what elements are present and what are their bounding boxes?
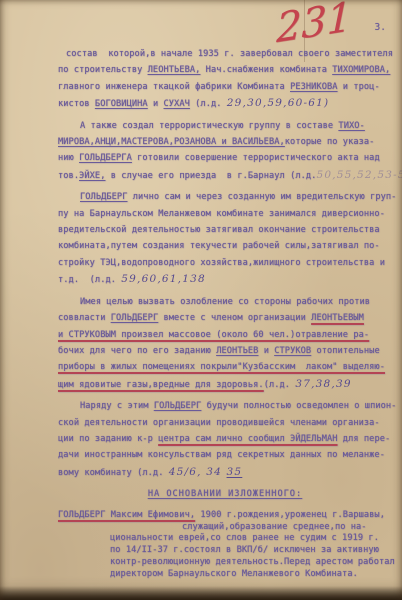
text-line: Наряду с этим ГОЛЬДБЕРГ будучи полностью… xyxy=(58,398,392,414)
text-line: по строительству ЛЕОНТЬЕВА, Нач.снабжени… xyxy=(58,62,392,78)
text-segment: и троц- xyxy=(338,82,380,92)
text-segment-u: ЭЙХЕ, xyxy=(79,171,105,181)
text-line: тов.ЭЙХЕ, в случае его приезда в г.Барна… xyxy=(58,167,392,184)
text-segment: Нач.снабжения комбината xyxy=(200,65,332,75)
text-segment-hw: 59,60,61,138 xyxy=(121,273,206,285)
text-segment: пу на Барнаульском Меланжевом комбинате … xyxy=(58,209,385,219)
text-line: щим ядовитые газы,вредные для здоровья.(… xyxy=(58,376,392,393)
text-segment: тов. xyxy=(58,171,79,181)
text-segment-r: и СТРУКОВЫМ произвел массовое (около 60 … xyxy=(58,330,369,340)
text-segment: будучи полностью осведомлен о шпион- xyxy=(201,401,396,411)
text-segment-hwu: 35 xyxy=(227,466,243,478)
text-segment-u: МИРОВА,АНЦИ,МАСТЕРОВА,РОЗАНОВА и ВАСИЛЬЕ… xyxy=(58,137,285,147)
text-segment: (л.д. xyxy=(190,99,227,109)
paragraph-poisoning: Имея целью вызвать озлобление со стороны… xyxy=(58,294,392,393)
text-line: приборы в жилых помещениях покрыли"Кузба… xyxy=(58,359,392,375)
text-segment-r: ЛЕОНТЬЕВЫМ xyxy=(311,313,364,323)
text-line: служащий,образование среднее,по на- xyxy=(182,522,392,534)
text-segment-u: ГОЛЬДБЕРГ xyxy=(154,401,201,411)
text-line: А также создал террористическую группу в… xyxy=(58,118,392,134)
text-line: главного инженера ткацкой фабрики Комбин… xyxy=(58,79,392,95)
text-segment: А также создал террористическую группу в… xyxy=(80,121,338,131)
typed-page-number: 3. xyxy=(375,22,386,33)
text-line: и СТРУКОВЫМ произвел массовое (около 60 … xyxy=(58,327,392,343)
text-segment: 1900 г.рождения,уроженец г.Варшавы, xyxy=(195,510,385,520)
text-line: т.д. (л.д. 59,60,61,138 xyxy=(58,271,392,288)
text-segment: ции по заданию к-р xyxy=(58,434,158,444)
text-segment: в случае его приезда в г.Барнаул (л.д. xyxy=(105,171,316,181)
text-line: вредительской деятельностью затягивал ок… xyxy=(58,222,392,238)
handwritten-page-stamp: 231 xyxy=(276,0,352,52)
text-segment-hwf: 50,55,52,53-57 xyxy=(316,169,402,181)
text-segment-hw: 29,30,59,60-61) xyxy=(227,97,329,109)
document-page: 231 3. состав которой,в начале 1935 г. з… xyxy=(0,0,402,600)
text-segment: которые по указа- xyxy=(285,137,375,147)
text-segment-u: ТИХОМИРОВА, xyxy=(332,65,390,75)
paragraph-sabotage: ГОЛЬДБЕРГ лично сам и через созданную им… xyxy=(58,189,392,288)
text-segment: Наряду с этим xyxy=(80,401,154,411)
text-segment: и xyxy=(148,99,164,109)
text-line: ГОЛЬДБЕРГ Максим Ефимович, 1900 г.рожден… xyxy=(58,508,392,522)
text-segment: т.д. (л.д. xyxy=(58,275,121,285)
text-line: соввласти ГОЛЬДБЕРГ вместе с членом орга… xyxy=(58,310,392,326)
text-line: контр-революционную деятельность.Перед а… xyxy=(110,557,392,569)
text-line: кистов БОГОВИЦИНА и СУХАЧ (л.д. 29,30,59… xyxy=(58,95,392,112)
text-segment-hw: 45/6, 34 xyxy=(169,466,227,478)
text-segment: нию xyxy=(58,153,79,163)
text-line: стройку ТЭЦ,водопроводного хозяйства,жил… xyxy=(58,255,392,271)
text-line: ГОЛЬДБЕРГ лично сам и через созданную им… xyxy=(58,189,392,205)
text-line: циональности еврей,со слов ранее не суди… xyxy=(110,533,392,545)
text-segment-r: щим ядовитые газы,вредные для здоровья. xyxy=(58,380,264,390)
document-body: состав которой,в начале 1935 г. завербов… xyxy=(58,46,392,586)
text-segment-u: ГОЛЬДБЕРГА xyxy=(79,153,132,163)
text-segment-u: ТИХО- xyxy=(338,121,364,131)
text-segment: служащий,образование среднее,по на- xyxy=(182,522,367,532)
text-segment-u: ЛЕОНТЬЕВ xyxy=(216,346,258,356)
text-segment-u: БОГОВИЦИНА xyxy=(95,99,148,109)
text-segment: кистов xyxy=(58,99,95,109)
text-segment-r: ГОЛЬДБЕРГ Максим Ефимович, xyxy=(58,510,195,520)
text-segment: для пере- xyxy=(338,434,391,444)
text-segment-r: приборы в жилых помещениях покрыли"Кузба… xyxy=(58,362,385,372)
text-segment: вместе с членом организации xyxy=(158,313,311,323)
text-segment: комбината,путем создания текучести рабоч… xyxy=(58,241,380,251)
text-segment-u: СУХАЧ xyxy=(164,99,190,109)
text-line: нию ГОЛЬДБЕРГА готовили совершение терро… xyxy=(58,150,392,166)
section-heading: НА ОСНОВАНИИ ИЗЛОЖЕННОГО: xyxy=(58,486,392,502)
paragraph-bio: ГОЛЬДБЕРГ Максим Ефимович, 1900 г.рожден… xyxy=(58,508,392,581)
text-line: НА ОСНОВАНИИ ИЗЛОЖЕННОГО: xyxy=(58,486,392,502)
text-segment: главного инженера ткацкой фабрики Комбин… xyxy=(58,82,290,92)
text-segment: контр-революционную деятельность.Перед а… xyxy=(110,557,395,567)
text-line: комбината,путем создания текучести рабоч… xyxy=(58,238,392,254)
text-line: директором Барнаульского Меланжевого Ком… xyxy=(110,569,392,581)
paragraph-espionage: Наряду с этим ГОЛЬДБЕРГ будучи полностью… xyxy=(58,398,392,481)
text-segment-hw: 37,38,39 xyxy=(295,378,351,390)
text-line: бочих для чего по его заданию ЛЕОНТЬЕВ и… xyxy=(58,343,392,359)
paragraph-terror-group: А также создал террористическую группу в… xyxy=(58,118,392,185)
text-segment: соввласти xyxy=(58,313,111,323)
text-segment: (л.д. xyxy=(264,380,296,390)
text-segment: дачи иностранным консульствам ряд секрет… xyxy=(58,450,385,460)
text-segment: вредительской деятельностью затягивал ок… xyxy=(58,225,380,235)
text-segment: состав которой,в начале 1935 г. завербов… xyxy=(66,49,393,59)
text-line: вому комбинату (л.д. 45/6, 34 35 xyxy=(58,464,392,481)
text-segment-u: РЕЗНИКОВА xyxy=(290,82,337,92)
text-line: дачи иностранным консульствам ряд секрет… xyxy=(58,447,392,463)
text-segment: отопительные xyxy=(311,346,380,356)
text-line: пу на Барнаульском Меланжевом комбинате … xyxy=(58,206,392,222)
text-segment-r: центра сам лично сообщил ЭЙДЕЛЬМАН xyxy=(158,434,337,444)
text-line: состав которой,в начале 1935 г. завербов… xyxy=(58,46,392,62)
text-line: по 14/II-37 г.состоял в ВКП/б/ исключен … xyxy=(110,545,392,557)
text-segment: по 14/II-37 г.состоял в ВКП/б/ исключен … xyxy=(110,545,379,555)
paragraph-recruitment: состав которой,в начале 1935 г. завербов… xyxy=(58,46,392,113)
text-segment: Имея целью вызвать озлобление со стороны… xyxy=(80,297,370,307)
text-segment: и xyxy=(258,346,274,356)
text-segment: циональности еврей,со слов ранее не суди… xyxy=(110,533,379,543)
text-segment-u: ЛЕОНТЬЕВА, xyxy=(148,65,201,75)
text-segment: директором Барнаульского Меланжевого Ком… xyxy=(110,569,358,579)
text-segment: ской деятельности организации проводивше… xyxy=(58,418,380,428)
text-segment-u: НА ОСНОВАНИИ ИЗЛОЖЕННОГО: xyxy=(148,489,302,499)
text-segment: бочих для чего по его заданию xyxy=(58,346,216,356)
text-segment: вому комбинату (л.д. xyxy=(58,468,169,478)
text-segment: стройку ТЭЦ,водопроводного хозяйства,жил… xyxy=(58,258,385,268)
text-segment: по строительству xyxy=(58,65,148,75)
text-line: ской деятельности организации проводивше… xyxy=(58,415,392,431)
text-line: Имея целью вызвать озлобление со стороны… xyxy=(58,294,392,310)
text-line: ции по заданию к-р центра сам лично сооб… xyxy=(58,431,392,447)
text-segment: готовили совершение террористического ак… xyxy=(132,153,380,163)
text-segment: лично сам и через созданную им вредитель… xyxy=(127,192,396,202)
text-line: МИРОВА,АНЦИ,МАСТЕРОВА,РОЗАНОВА и ВАСИЛЬЕ… xyxy=(58,134,392,150)
text-segment-u: СТРУКОВ xyxy=(274,346,311,356)
text-segment-u: ГОЛЬДБЕРГ xyxy=(111,313,158,323)
text-segment-u: ГОЛЬДБЕРГ xyxy=(80,192,127,202)
